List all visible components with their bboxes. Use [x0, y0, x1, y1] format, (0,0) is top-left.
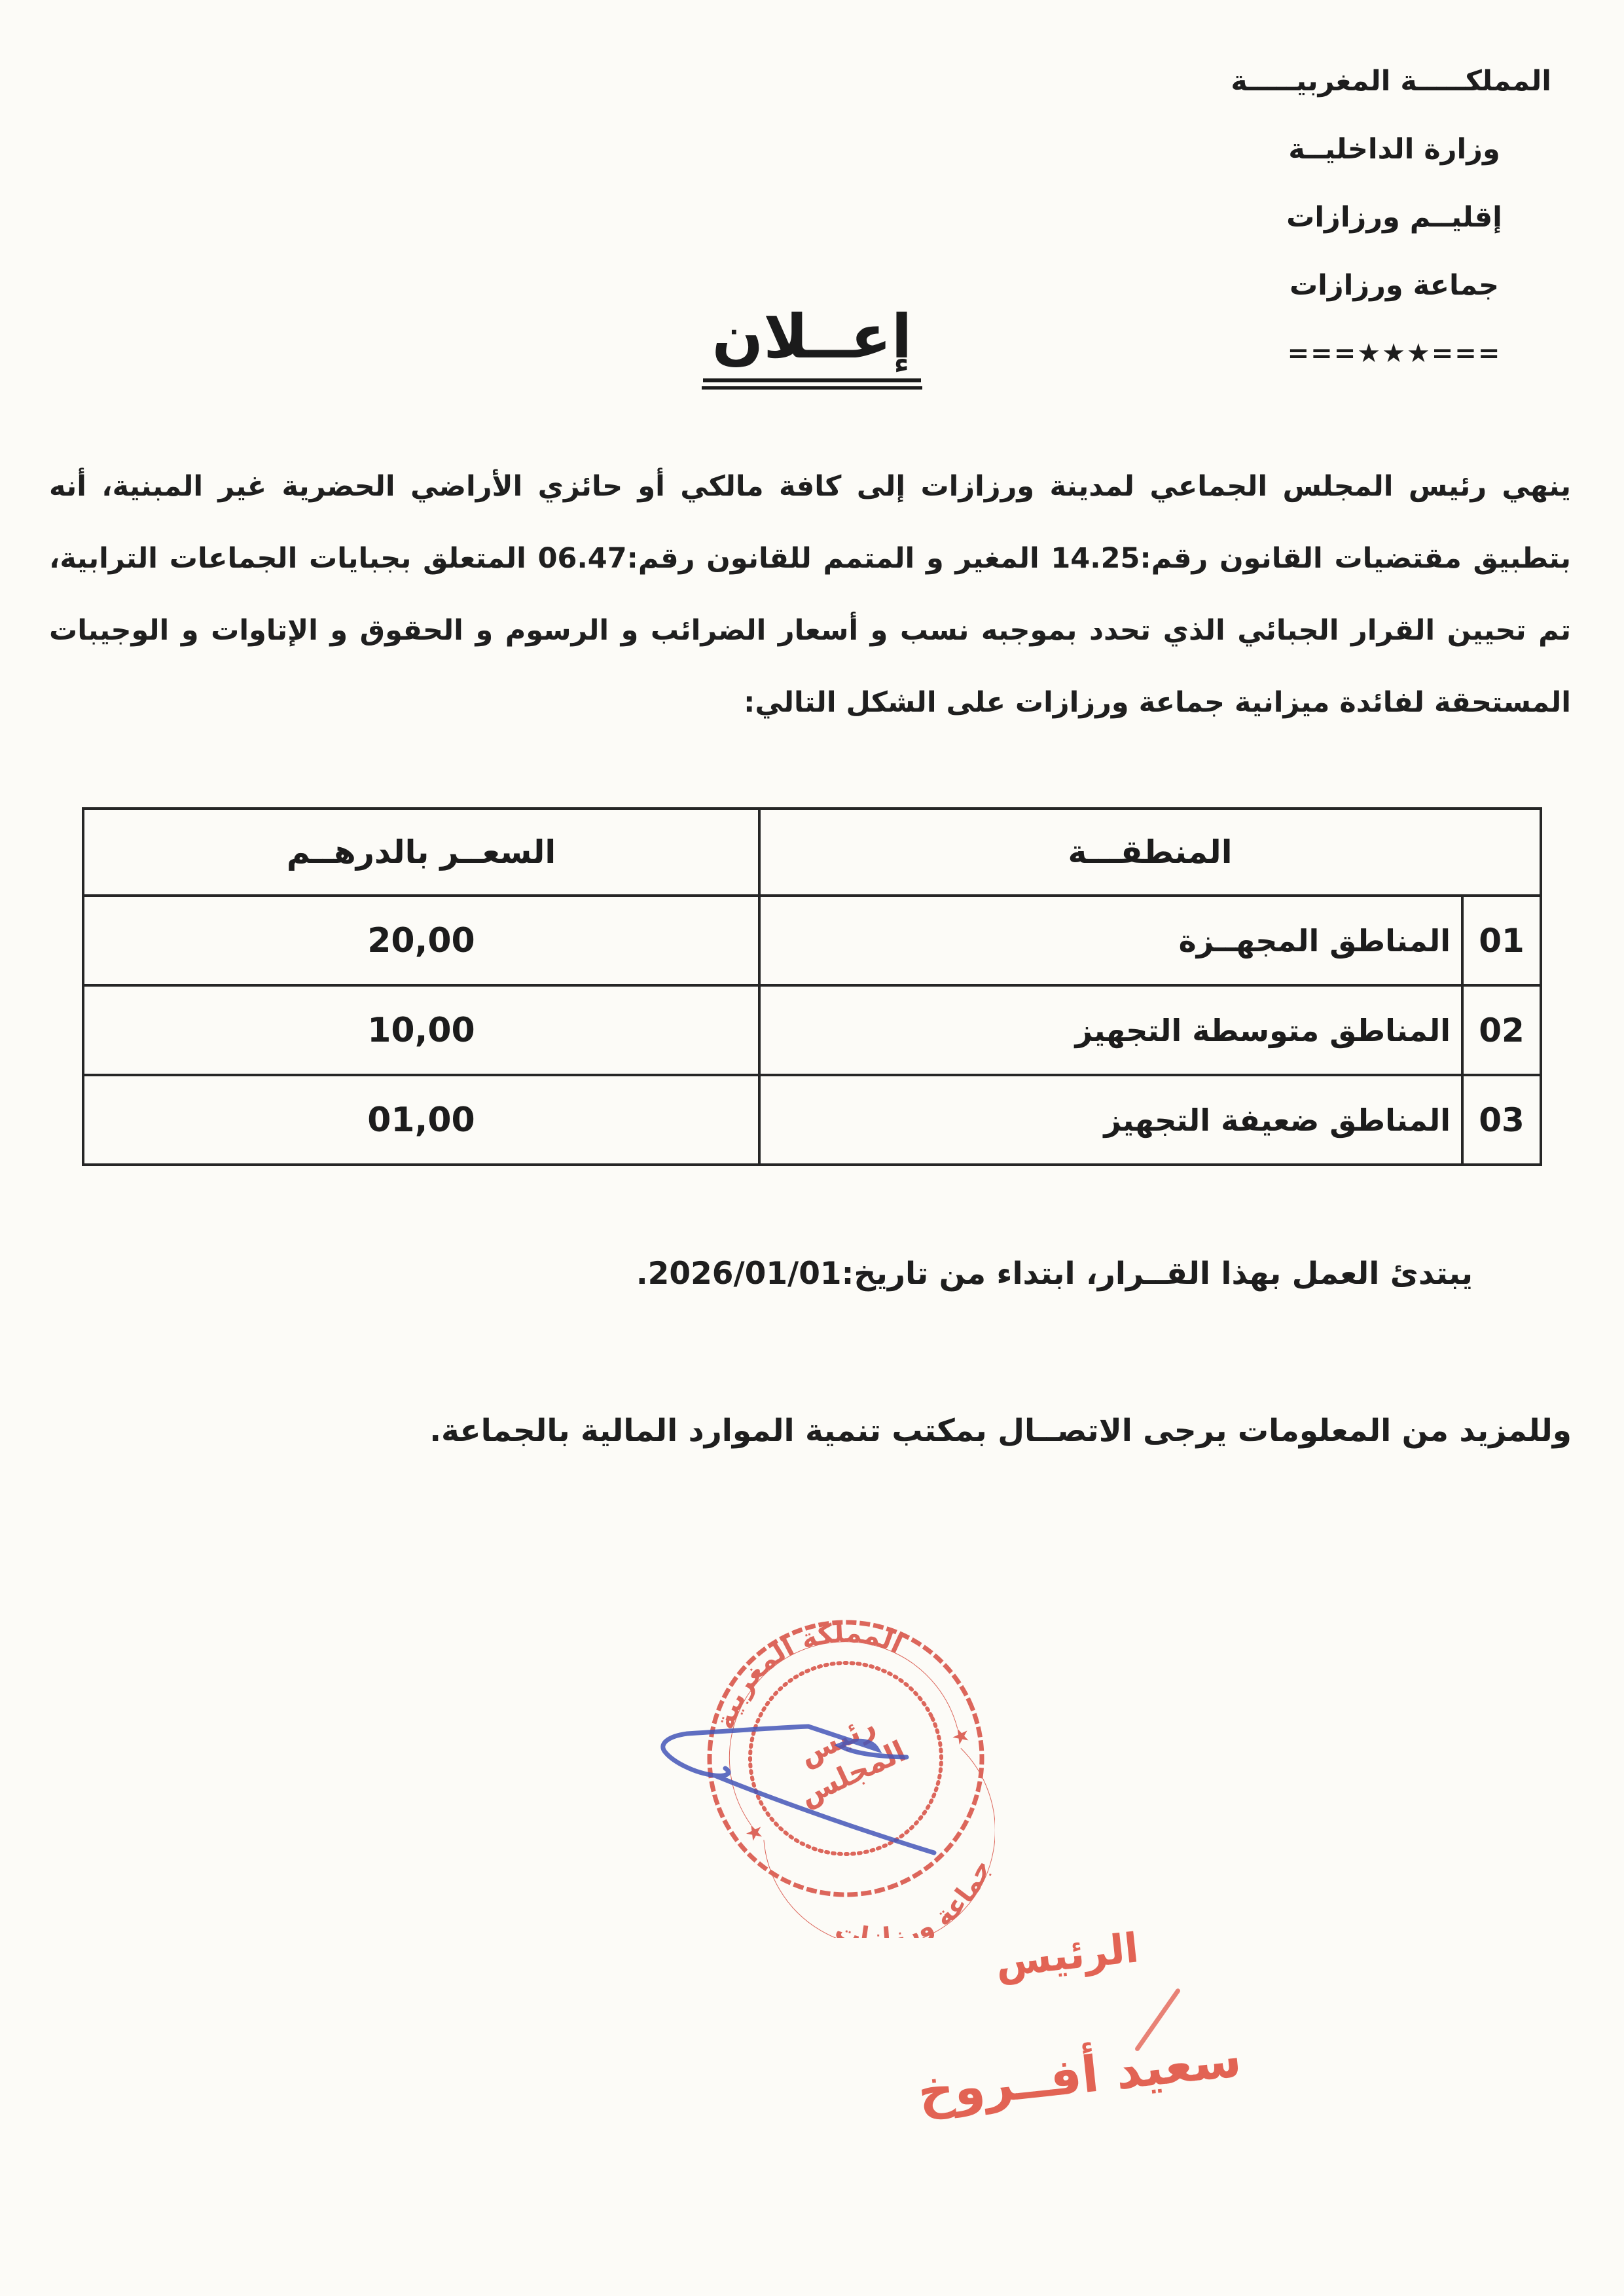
effective-date-note: يبتدئ العمل بهذا القــرار، ابتداء من تار… — [636, 1256, 1473, 1292]
row-number: 03 — [1462, 1075, 1541, 1165]
table-row: 03 المناطق ضعيفة التجهيز 01,00 — [83, 1075, 1541, 1165]
zone-column-header: المنطقـــة — [759, 809, 1541, 896]
svg-text:المملكة المغربية: المملكة المغربية — [688, 1585, 915, 1742]
price-cell: 01,00 — [83, 1075, 759, 1165]
stamp-bottom-arc-text: جماعة ورزازات — [822, 1846, 995, 1938]
price-cell: 20,00 — [83, 896, 759, 985]
zone-cell: المناطق ضعيفة التجهيز — [759, 1075, 1462, 1165]
paragraph-line: تم تحيين القرار الجبائي الذي تحدد بموجبه… — [49, 594, 1571, 666]
official-stamp: المملكة المغربية جماعة ورزازات ★ ★ رئيس … — [641, 1584, 995, 1938]
page-title: إعــلان — [703, 302, 922, 382]
table-row: 02 المناطق متوسطة التجهيز 10,00 — [83, 985, 1541, 1075]
stamp-star-right-icon: ★ — [947, 1721, 975, 1751]
title-wrap: إعــلان — [0, 302, 1624, 382]
scanned-announcement-page: المملكـــــة المغربيـــــة وزارة الداخلي… — [0, 0, 1624, 2296]
table-row: 01 المناطق المجهــزة 20,00 — [83, 896, 1541, 985]
president-name-stamp: الرئيس سعيد أفــروخ — [876, 1912, 1271, 2123]
table-header-row: المنطقـــة السعــر بالدرهــم — [83, 809, 1541, 896]
svg-text:جماعة ورزازات: جماعة ورزازات — [822, 1846, 995, 1938]
org-header-province: إقليــم ورزازات — [1237, 183, 1551, 251]
org-header-kingdom: المملكـــــة المغربيـــــة — [1237, 47, 1551, 115]
paragraph-line: بتطبيق مقتضيات القانون رقم:14.25 المغير … — [49, 522, 1571, 594]
president-name: سعيد أفــروخ — [888, 2029, 1272, 2123]
paragraph-line: ينهي رئيس المجلس الجماعي لمدينة ورزازات … — [49, 450, 1571, 522]
announcement-paragraph: ينهي رئيس المجلس الجماعي لمدينة ورزازات … — [49, 450, 1571, 738]
org-header-ministry: وزارة الداخليــة — [1237, 115, 1551, 183]
row-number: 01 — [1462, 896, 1541, 985]
row-number: 02 — [1462, 985, 1541, 1075]
zone-cell: المناطق متوسطة التجهيز — [759, 985, 1462, 1075]
price-column-header: السعــر بالدرهــم — [83, 809, 759, 896]
stamp-rings: المملكة المغربية جماعة ورزازات ★ ★ رئيس … — [663, 1584, 995, 1938]
zone-rates-table: المنطقـــة السعــر بالدرهــم 01 المناطق … — [82, 807, 1542, 1166]
zone-cell: المناطق المجهــزة — [759, 896, 1462, 985]
signature-stroke-loop — [663, 1734, 729, 1776]
price-cell: 10,00 — [83, 985, 759, 1075]
stamp-top-arc-text: المملكة المغربية — [688, 1585, 915, 1742]
paragraph-line: المستحقة لفائدة ميزانية جماعة ورزازات عل… — [49, 666, 1571, 738]
contact-note: وللمزيد من المعلومات يرجى الاتصــال بمكت… — [429, 1413, 1572, 1449]
